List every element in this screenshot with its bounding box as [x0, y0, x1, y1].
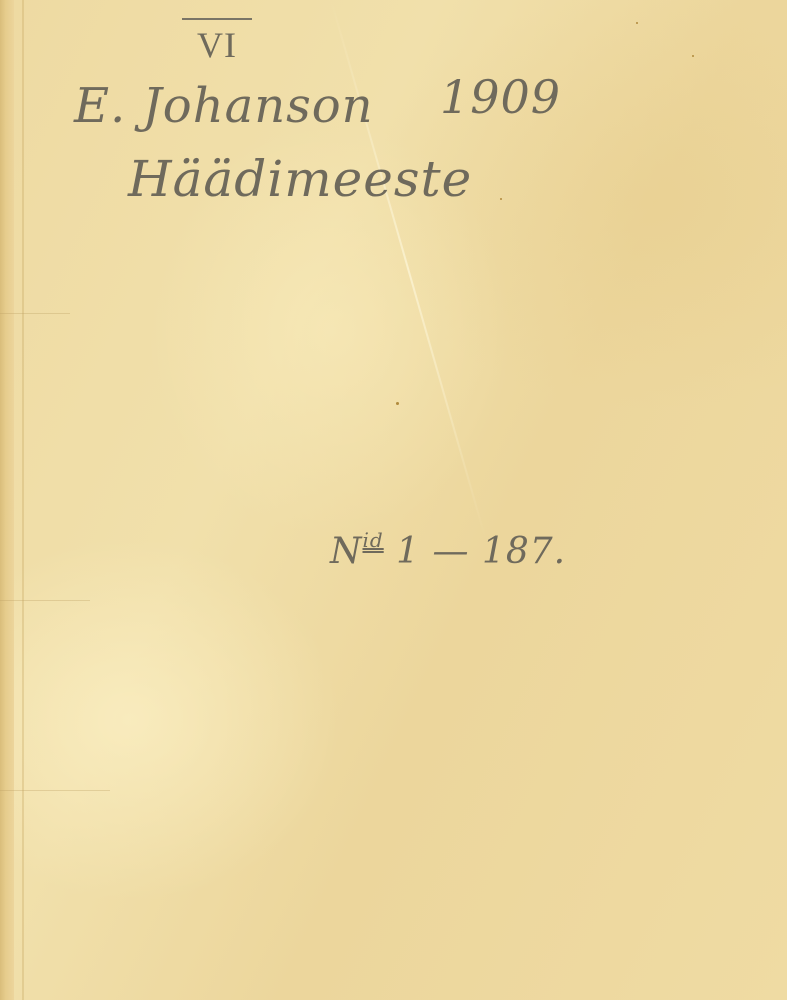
volume-number: VI	[182, 18, 252, 66]
paper-speck	[692, 55, 694, 57]
paper-speck	[396, 402, 399, 405]
range-prefix-sup: id	[363, 528, 384, 552]
paper-speck	[500, 198, 502, 200]
folder-cover: VI E. Johanson 1909 Häädimeeste Nid 1 — …	[0, 0, 787, 1000]
subject-title: Häädimeeste	[128, 150, 472, 208]
item-range: Nid 1 — 187.	[330, 528, 566, 572]
year: 1909	[440, 70, 561, 124]
author-name: E. Johanson	[74, 78, 374, 134]
range-value: 1 — 187.	[396, 531, 566, 572]
paper-edge-line	[22, 0, 24, 1000]
edge-tear	[0, 790, 110, 791]
edge-tear	[0, 313, 70, 314]
paper-edge	[0, 0, 14, 1000]
paper-speck	[636, 22, 638, 24]
edge-tear	[0, 600, 90, 601]
range-prefix: N	[330, 531, 363, 572]
